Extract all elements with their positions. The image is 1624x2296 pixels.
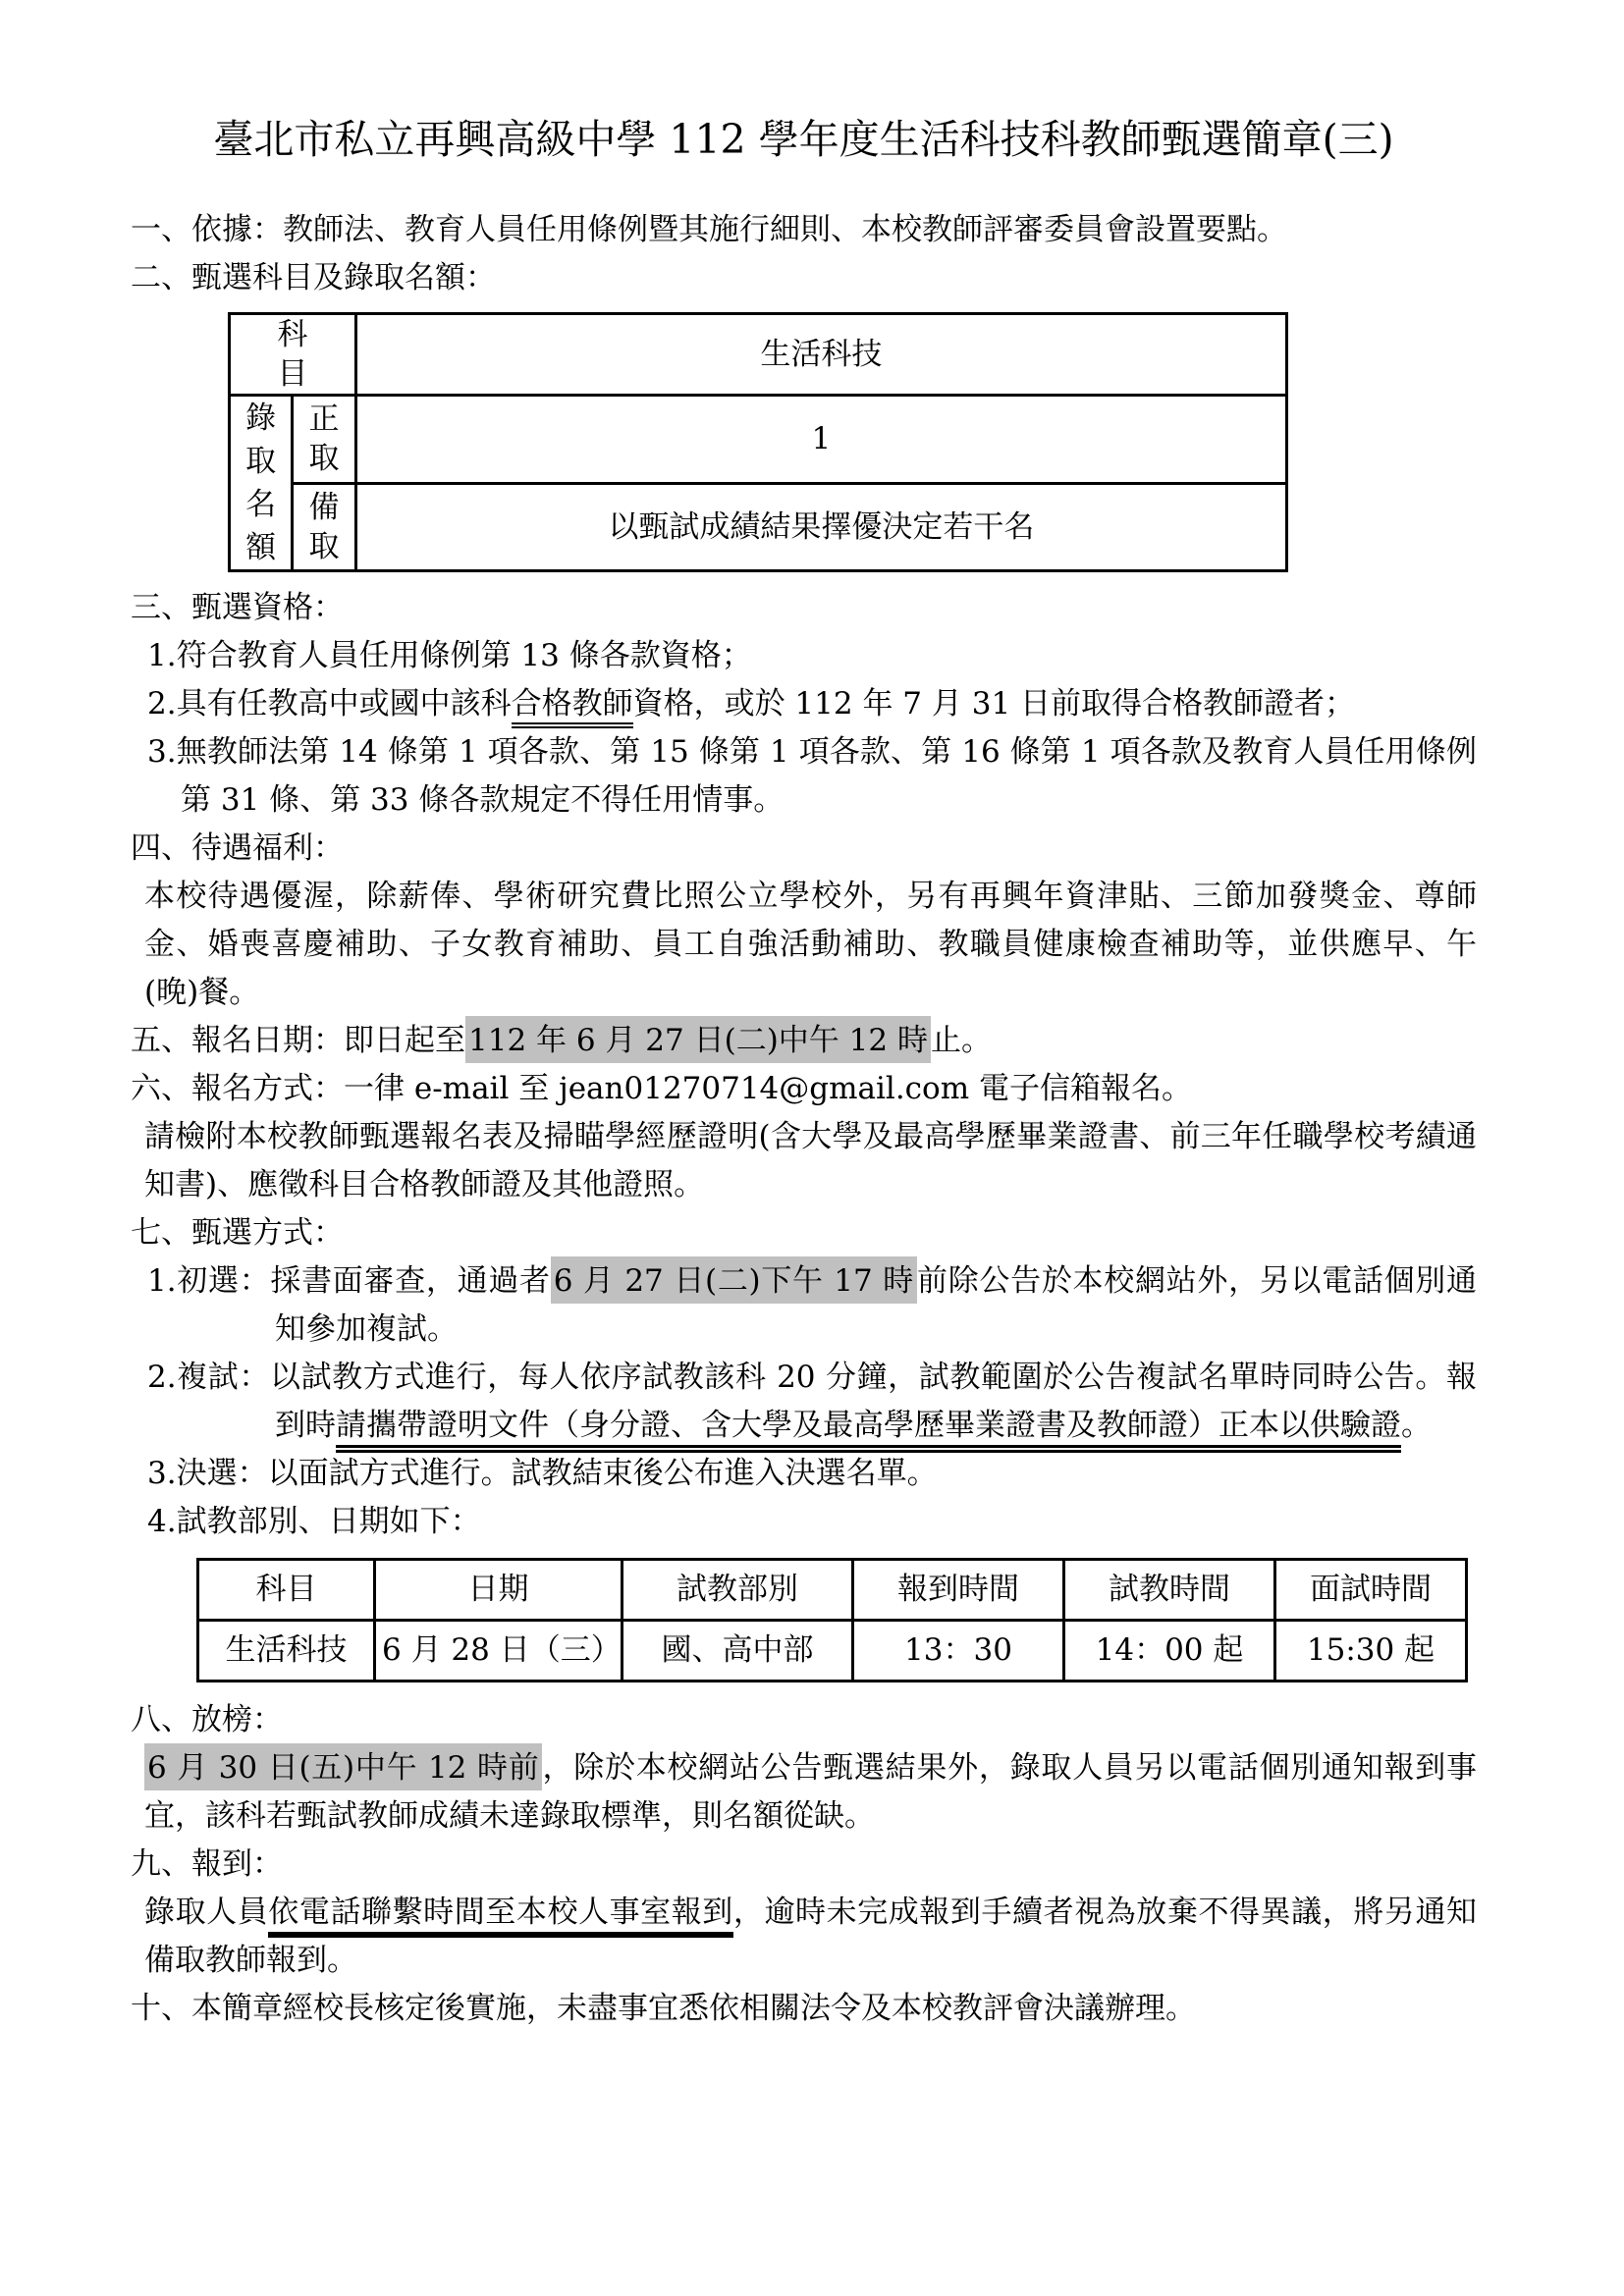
header-date: 日期 [375, 1560, 623, 1621]
cell-checkin-time: 13：30 [853, 1621, 1064, 1682]
quota-label-line1: 錄取 [237, 397, 285, 483]
section-8-label: 放榜： [191, 1702, 283, 1737]
table-row: 科 目 生活科技 [230, 314, 1287, 396]
section-2: 二、甄選科目及錄取名額： [131, 254, 1477, 302]
section-6: 六、報名方式：一律 e-mail 至 jean01270714@gmail.co… [131, 1065, 1477, 1113]
section-3-label: 甄選資格： [191, 590, 344, 625]
section-6-body: 請檢附本校教師甄選報名表及掃瞄學經歷證明(含大學及最高學歷畢業證書、前三年任職學… [144, 1113, 1477, 1209]
header-subject: 科目 [198, 1560, 375, 1621]
item-number: 2. [147, 1360, 177, 1395]
document-page: 臺北市私立再興高級中學 112 學年度生活科技科教師甄選簡章(三) 一、依據：教… [0, 0, 1624, 2296]
item-text: 決選：以面試方式進行。試教結束後公布進入決選名單。 [177, 1456, 938, 1491]
header-division: 試教部別 [623, 1560, 853, 1621]
section-7-item-3: 3.決選：以面試方式進行。試教結束後公布進入決選名單。 [147, 1450, 1477, 1498]
section-9: 九、報到： [131, 1841, 1477, 1889]
results-announce-highlight: 6 月 30 日(五)中午 12 時前 [144, 1743, 542, 1790]
section-10: 十、本簡章經校長核定後實施，未盡事宜悉依相關法令及本校教評會決議辦理。 [131, 1985, 1477, 2033]
section-3-number: 三、 [131, 590, 191, 625]
section-1-number: 一、 [131, 212, 191, 247]
section-10-text: 本簡章經校長核定後實施，未盡事宜悉依相關法令及本校教評會決議辦理。 [191, 1991, 1196, 2026]
section-5-pre: 報名日期：即日起至 [191, 1023, 465, 1058]
quota-label-line2: 名額 [237, 483, 285, 569]
cell-division: 國、高中部 [623, 1621, 853, 1682]
item-number: 1. [147, 1263, 177, 1299]
section-3-item-1: 1.符合教育人員任用條例第 13 條各款資格； [147, 632, 1477, 680]
quota-table-regular-label: 正取 [293, 396, 355, 484]
section-1: 一、依據：教師法、教育人員任用條例暨其施行細則、本校教師評審委員會設置要點。 [131, 206, 1477, 254]
section-7-number: 七、 [131, 1215, 191, 1251]
section-7: 七、甄選方式： [131, 1209, 1477, 1257]
section-3-item-2: 2.具有任教高中或國中該科合格教師資格，或於 112 年 7 月 31 日前取得… [147, 680, 1477, 728]
section-7-item-1: 1.初選：採書面審查，通過者6 月 27 日(二)下午 17 時前除公告於本校網… [147, 1257, 1477, 1354]
item-number: 3. [147, 734, 177, 770]
report-instruction-underlined: 依電話聯繫時間至本校人事室報到 [268, 1895, 733, 1938]
item-text: 無教師法第 14 條第 1 項各款、第 15 條第 1 項各款、第 16 條第 … [177, 734, 1477, 818]
qualified-teacher-underlined: 合格教師 [512, 686, 633, 728]
quota-table-alternate-label: 備取 [293, 483, 355, 571]
section-8-body: 6 月 30 日(五)中午 12 時前，除於本校網站公告甄選結果外，錄取人員另以… [144, 1744, 1477, 1841]
header-checkin-time: 報到時間 [853, 1560, 1064, 1621]
header-interview-time: 面試時間 [1275, 1560, 1467, 1621]
table-row: 錄取 名額 正取 1 [230, 396, 1287, 484]
section-5-post: 止。 [931, 1023, 992, 1058]
quota-table-subject-value: 生活科技 [355, 314, 1286, 396]
quota-table-alternate-value: 以甄試成績結果擇優決定若干名 [355, 483, 1286, 571]
teaching-demo-schedule-table: 科目 日期 試教部別 報到時間 試教時間 面試時間 生活科技 6 月 28 日（… [196, 1558, 1468, 1682]
section-4-label: 待遇福利： [191, 830, 344, 866]
item-text-pre: 具有任教高中或國中該科 [177, 686, 512, 721]
item-post: 。 [1401, 1408, 1432, 1443]
quota-table-subject-label: 科 目 [230, 314, 356, 396]
section-3: 三、甄選資格： [131, 584, 1477, 632]
section-6-line1: 報名方式：一律 e-mail 至 jean01270714@gmail.com … [191, 1071, 1192, 1106]
section-4-number: 四、 [131, 830, 191, 866]
section-7-item-4: 4.試教部別、日期如下： [147, 1498, 1477, 1546]
item-text: 試教部別、日期如下： [177, 1504, 481, 1539]
item-number: 3. [147, 1456, 177, 1491]
registration-deadline-highlight: 112 年 6 月 27 日(二)中午 12 時 [465, 1016, 931, 1063]
section-9-number: 九、 [131, 1846, 191, 1882]
cell-demo-time: 14：00 起 [1064, 1621, 1275, 1682]
section-9-pre: 錄取人員 [144, 1895, 268, 1930]
section-3-item-3: 3.無教師法第 14 條第 1 項各款、第 15 條第 1 項各款、第 16 條… [147, 728, 1477, 825]
first-round-announce-highlight: 6 月 27 日(二)下午 17 時 [551, 1256, 917, 1304]
section-8: 八、放榜： [131, 1696, 1477, 1744]
section-2-text: 甄選科目及錄取名額： [191, 260, 496, 295]
section-1-text: 依據：教師法、教育人員任用條例暨其施行細則、本校教師評審委員會設置要點。 [191, 212, 1287, 247]
item-number: 1. [147, 638, 177, 673]
table-header-row: 科目 日期 試教部別 報到時間 試教時間 面試時間 [198, 1560, 1467, 1621]
item-text: 符合教育人員任用條例第 13 條各款資格； [177, 638, 752, 673]
quota-label-stack: 錄取 名額 [237, 397, 285, 569]
section-8-number: 八、 [131, 1702, 191, 1737]
quota-table-quota-label: 錄取 名額 [230, 396, 293, 571]
section-4-body: 本校待遇優渥，除薪俸、學術研究費比照公立學校外，另有再興年資津貼、三節加發獎金、… [144, 873, 1477, 1017]
section-2-number: 二、 [131, 260, 191, 295]
documents-required-underlined: 請攜帶證明文件（身分證、含大學及最高學歷畢業證書及教師證） [336, 1408, 1218, 1453]
cell-subject: 生活科技 [198, 1621, 375, 1682]
original-copies-underlined: 正本以供驗證 [1218, 1408, 1401, 1453]
section-6-number: 六、 [131, 1071, 191, 1106]
section-5: 五、報名日期：即日起至112 年 6 月 27 日(二)中午 12 時止。 [131, 1017, 1477, 1065]
page-title: 臺北市私立再興高級中學 112 學年度生活科技科教師甄選簡章(三) [131, 114, 1477, 165]
table-row: 生活科技 6 月 28 日（三） 國、高中部 13：30 14：00 起 15:… [198, 1621, 1467, 1682]
cell-interview-time: 15:30 起 [1275, 1621, 1467, 1682]
section-10-number: 十、 [131, 1991, 191, 2026]
section-9-body: 錄取人員依電話聯繫時間至本校人事室報到，逾時未完成報到手續者視為放棄不得異議，將… [144, 1889, 1477, 1985]
header-demo-time: 試教時間 [1064, 1560, 1275, 1621]
quota-table-regular-value: 1 [355, 396, 1286, 484]
section-4: 四、待遇福利： [131, 825, 1477, 873]
section-7-label: 甄選方式： [191, 1215, 344, 1251]
item-lead: 初選：採書面審查，通過者 [177, 1263, 551, 1299]
item-number: 2. [147, 686, 177, 721]
section-9-label: 報到： [191, 1846, 283, 1882]
section-7-item-2: 2.複試：以試教方式進行，每人依序試教該科 20 分鐘，試教範圍於公告複試名單時… [147, 1354, 1477, 1450]
quota-table: 科 目 生活科技 錄取 名額 正取 1 備取 以甄試成績結果擇優決定若干名 [228, 312, 1288, 572]
cell-date: 6 月 28 日（三） [375, 1621, 623, 1682]
section-5-number: 五、 [131, 1023, 191, 1058]
item-text-post: 資格，或於 112 年 7 月 31 日前取得合格教師證者； [633, 686, 1355, 721]
item-number: 4. [147, 1504, 177, 1539]
table-row: 備取 以甄試成績結果擇優決定若干名 [230, 483, 1287, 571]
